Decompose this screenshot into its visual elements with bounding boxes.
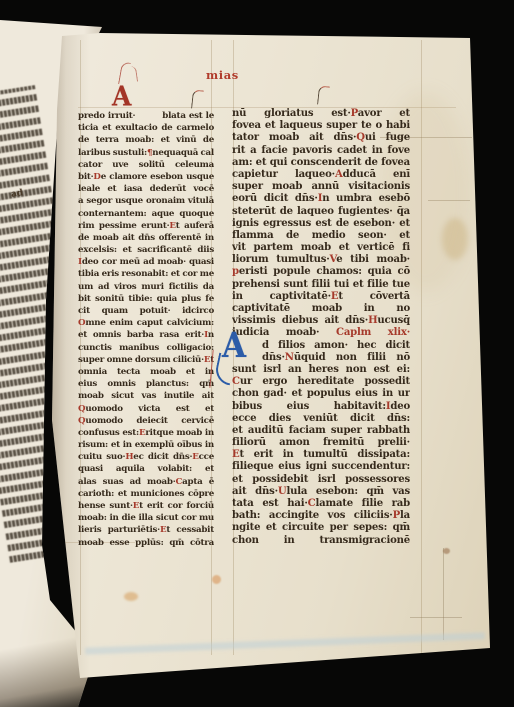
text-line: moab esse pplūs: qm̄ cōtra dn̄m — [78, 537, 214, 549]
text-line: liorum tumultus·Ve tibi moab· — [232, 254, 410, 266]
text-segment: ait dn̄s· — [232, 486, 278, 497]
text-line: steterūt de laqueo fugientes· q̄a — [232, 206, 410, 218]
text-line: alas suas ad moab·Capta ē — [78, 476, 214, 488]
text-segment: cit quam potuit· idcirco perierūt· — [78, 306, 214, 317]
text-line: d filios amon· hec dicit — [232, 340, 410, 352]
text-segment: ūquid non filii nō — [294, 352, 410, 363]
text-segment: ui fuge — [365, 132, 410, 143]
text-line: de terra moab: et vinū de torcu — [78, 134, 214, 146]
text-segment: ec dicit dn̄s· — [133, 452, 192, 462]
text-line: eius omnis planctus: qm̄ cōtrivi — [78, 378, 214, 390]
text-segment: dn̄s· — [262, 352, 285, 363]
text-line: cit quam potuit· idcirco perierūt· — [78, 305, 214, 317]
text-segment: Q — [356, 132, 365, 143]
text-segment: la — [400, 510, 410, 521]
text-segment: bit sonitū tibie: quia plus fe — [78, 294, 214, 304]
text-segment: nū gloriatus est· — [232, 108, 351, 119]
text-segment: moab sicut vas inutile ait dn̄s· — [78, 391, 214, 402]
text-line: flamma de medio seon· et devora — [232, 230, 410, 242]
text-line: omnia tecta moab et in plateis — [78, 366, 214, 378]
text-segment: lamate filie rab — [315, 498, 410, 509]
text-line: tata est hai·Clamate filie rab — [232, 498, 410, 510]
text-line: nū gloriatus est·Pavor et — [232, 108, 410, 120]
running-title: mias — [206, 68, 239, 82]
text-segment: N — [285, 352, 294, 363]
text-line: tibia eris resonabit: et cor me — [78, 268, 214, 280]
text-line: carioth: et municiones cōpre — [78, 488, 214, 500]
text-segment: ignis egressus est de esebon· et — [232, 218, 410, 229]
stain — [212, 575, 221, 584]
text-line: chon in transmigracionē ducetur; — [232, 535, 410, 547]
text-segment: P — [393, 510, 400, 521]
penwork-flourish — [129, 66, 138, 83]
text-segment: predo irruit· — [78, 111, 135, 121]
parchment-crease — [410, 617, 462, 618]
text-segment: bit· — [78, 172, 93, 182]
text-segment: eristi popule chamos: quia cō — [239, 266, 410, 277]
text-line: bit·De clamore esebon usque e — [78, 171, 214, 183]
text-line: et possidebit isrl̄ possessores suos — [232, 474, 410, 486]
text-segment: D — [93, 172, 100, 182]
text-line: lieris parturiētis·Et cessabit — [78, 524, 214, 536]
text-segment: ngite et circuite per sepes: qm̄ mel — [232, 522, 410, 534]
text-segment: A — [335, 169, 343, 180]
text-segment: vissimis diebus ait dn̄s· — [232, 315, 368, 326]
text-segment: super moab annū visitacionis — [232, 181, 410, 192]
text-segment: n umbra esebō — [322, 193, 410, 204]
text-segment: et auditū faciam super rabbath — [232, 425, 410, 436]
ascender-flourish — [317, 85, 330, 105]
text-segment: dducā enī — [343, 169, 410, 180]
text-line: chon gad· et populus eius in ur — [232, 388, 410, 400]
text-line: rim pessime erunt·Et auferā — [78, 220, 214, 232]
text-segment: P — [351, 108, 358, 119]
text-segment: d filios amon· hec dicit — [262, 340, 410, 351]
text-line: et omnis barba rasa erit·In — [78, 329, 214, 341]
text-segment: captivitatē moab in no — [232, 303, 410, 314]
text-segment: rim pessime erunt· — [78, 221, 169, 231]
text-segment: filiorū amon fremitū prelii· — [232, 437, 410, 448]
text-segment: chon gad· et populus eius in ur — [232, 388, 410, 399]
text-line: eorū dicit dn̄s·In umbra esebō — [232, 193, 410, 205]
text-segment: t cōvertā — [338, 291, 410, 302]
text-segment: deo — [390, 401, 410, 412]
text-line: confusus est:Eritque moab in de — [78, 427, 214, 439]
text-segment: cator uve solitū celeuma canta — [78, 160, 214, 171]
text-segment: tata est hai· — [232, 498, 308, 509]
text-line: sunt isrl̄ an heres non est ei: — [232, 364, 410, 376]
text-segment: ecce dies veniūt dicit dn̄s: — [232, 413, 410, 424]
text-segment: liorum tumultus· — [232, 254, 330, 265]
photo-black-background: ad mias predo irruit·blata est leticia e… — [0, 0, 514, 707]
text-segment: conternantem: aque quoque nem — [78, 209, 214, 220]
text-line: ignis egressus est de esebon· et — [232, 218, 410, 230]
text-segment: E — [232, 449, 240, 460]
text-segment: risum: et in exemplū oībus in cir — [78, 440, 214, 451]
text-line: prehensi sunt filii tui et filie tue — [232, 279, 410, 291]
text-segment: hense sunt· — [78, 501, 133, 511]
text-line: Et erit in tumultū dissipata: — [232, 449, 410, 461]
text-line: Quomodo victa est et ululaverūt: — [78, 403, 214, 415]
stain — [124, 592, 138, 601]
text-segment: et possidebit isrl̄ possessores suos — [232, 474, 410, 486]
text-segment: de moab ait dn̄s offerentē in — [78, 233, 214, 243]
text-segment: am: et qui conscenderit de fovea — [232, 157, 410, 168]
text-segment: fovea et laqueus super te o habi — [232, 120, 410, 131]
stain — [443, 548, 450, 554]
text-segment: de terra moab: et vinū de torcu — [78, 135, 214, 146]
text-segment: chon in transmigracionē ducetur; — [232, 535, 410, 547]
initial-gap — [135, 117, 162, 118]
text-segment: iudicia moab· — [232, 327, 336, 338]
text-segment: rit a facie pavoris cadet in fove — [232, 145, 410, 156]
text-segment: leale et iasa dederūt vocē suā: — [78, 184, 214, 195]
ascender-flourish — [191, 89, 204, 109]
page-edge-reflection — [85, 632, 485, 654]
text-segment: eius omnis planctus: qm̄ cōtrivi — [78, 379, 214, 390]
text-line: de moab ait dn̄s offerentē in — [78, 232, 214, 244]
text-line: moab sicut vas inutile ait dn̄s· — [78, 390, 214, 402]
text-column-left: predo irruit·blata est leticia et exulta… — [78, 110, 214, 549]
text-line: capietur laqueo·Adducā enī — [232, 169, 410, 181]
text-segment: Caplm xlix· — [336, 327, 410, 338]
chapter-initial-red: A — [112, 81, 131, 112]
text-segment: uomodo deiecit cervicē moab et — [78, 416, 214, 427]
text-segment: carioth: et municiones cōpre — [78, 489, 214, 499]
text-line: fovea et laqueus super te o habi — [232, 120, 410, 132]
text-segment: um ad viros muri fictilis da — [78, 282, 214, 292]
text-line: bath: accingite vos ciliciis·Pla — [232, 510, 410, 522]
text-segment: moab esse pplūs: qm̄ cōtra dn̄m — [78, 538, 214, 549]
text-line: peristi popule chamos: quia cō — [232, 266, 410, 278]
parchment-crease — [443, 548, 444, 640]
text-segment: tibia eris resonabit: et cor me — [78, 269, 214, 279]
text-line: bit sonitū tibie: quia plus fe — [78, 293, 214, 305]
text-segment: prehensi sunt filii tui et filie tue — [232, 279, 410, 290]
text-line: cator uve solitū celeuma canta — [78, 159, 214, 171]
text-segment: excelsis: et sacrificantē diis ei꞉ — [78, 245, 214, 256]
text-line: iudicia moab· Caplm xlix· — [232, 327, 410, 339]
text-segment: t auferā — [176, 221, 214, 231]
text-line: excelsis: et sacrificantē diis ei꞉ — [78, 244, 214, 256]
text-segment: eorū dicit dn̄s· — [232, 193, 318, 204]
text-segment: p — [232, 266, 239, 277]
text-line: moab: in die illa sicut cor mu — [78, 512, 214, 524]
text-line: conternantem: aque quoque nem — [78, 208, 214, 220]
text-line: quasi aquila volabit: et extendet — [78, 463, 214, 475]
text-line: filieque eius igni succendentur: — [232, 461, 410, 473]
text-segment: flamma de medio seon· et devora — [232, 230, 410, 242]
text-segment: cunctis manibus colligacio: et — [78, 343, 214, 354]
text-column-right: nū gloriatus est·Pavor etfovea et laqueu… — [232, 108, 410, 547]
text-segment: nequaquā cal — [152, 148, 214, 158]
text-segment: tator moab ait dn̄s· — [232, 132, 356, 143]
text-line: um ad viros muri fictilis da — [78, 281, 214, 293]
text-segment: laribus sustuli: — [78, 148, 147, 158]
text-segment: a segor usque oronaim vitulā — [78, 196, 214, 206]
text-segment: cce — [199, 452, 214, 462]
text-segment: ur ergo hereditate possedit mel — [232, 376, 410, 388]
text-segment: ticia et exultacio de carmelo et — [78, 123, 214, 134]
text-segment: C — [232, 376, 240, 387]
text-line: rit a facie pavoris cadet in fove — [232, 145, 410, 157]
text-segment: confusus est: — [78, 428, 139, 438]
text-segment: omnia tecta moab et in plateis — [78, 367, 214, 378]
text-segment: U — [278, 486, 287, 497]
text-line: laribus sustuli:¶nequaquā cal — [78, 147, 214, 159]
text-line: ecce dies veniūt dicit dn̄s: — [232, 413, 410, 425]
text-segment: e tibi moab· — [336, 254, 410, 265]
text-segment: bath: accingite vos ciliciis· — [232, 510, 393, 521]
text-segment: filieque eius igni succendentur: — [232, 461, 410, 472]
marginal-annotation: ad — [10, 188, 23, 200]
text-segment: in captivitatē· — [232, 291, 331, 302]
text-segment: capietur laqueo· — [232, 169, 335, 180]
text-line: vit partem moab et verticē fi — [232, 242, 410, 254]
text-line: captivitatē moab in no — [232, 303, 410, 315]
text-line: tator moab ait dn̄s·Qui fuge — [232, 132, 410, 144]
text-line: et auditū faciam super rabbath — [232, 425, 410, 437]
text-line: ticia et exultacio de carmelo et — [78, 122, 214, 134]
text-segment: ucusq̄ — [377, 315, 410, 326]
text-segment: blata est le — [162, 111, 214, 121]
text-segment: moab: in die illa sicut cor mu — [78, 513, 214, 523]
text-line: Cur ergo hereditate possedit mel — [232, 376, 410, 388]
text-line: bibus eius habitavit:Ideo — [232, 401, 410, 413]
text-line: Quomodo deiecit cervicē moab et — [78, 415, 214, 427]
text-segment: mne enim caput calvicium: — [85, 318, 214, 328]
text-segment: deo cor meū ad moab· quasi — [82, 257, 214, 267]
text-line: filiorū amon fremitū prelii· — [232, 437, 410, 449]
text-line: Ideo cor meū ad moab· quasi — [78, 256, 214, 268]
text-segment: n — [208, 330, 214, 340]
text-line: predo irruit·blata est le — [78, 110, 214, 122]
text-segment: t erit in tumultū dissipata: — [240, 449, 411, 460]
text-segment: vit partem moab et verticē fi — [232, 242, 410, 253]
text-segment: super omne dorsum ciliciū· — [78, 355, 204, 365]
text-segment: steterūt de laqueo fugientes· q̄a — [232, 206, 410, 217]
text-line: ngite et circuite per sepes: qm̄ mel — [232, 522, 410, 534]
text-segment: cuitu suo· — [78, 452, 125, 462]
text-segment: alas suas ad moab· — [78, 477, 175, 487]
text-segment: bibus eius habitavit: — [232, 401, 386, 412]
text-line: super omne dorsum ciliciū·Et sup — [78, 354, 214, 366]
text-segment: quasi aquila volabit: et extendet — [78, 464, 214, 475]
text-line: Omne enim caput calvicium: — [78, 317, 214, 329]
text-segment: avor et — [358, 108, 410, 119]
manuscript-page: mias predo irruit·blata est leticia et e… — [50, 32, 492, 682]
text-segment: lula esebon: qm̄ vas — [287, 486, 411, 497]
text-segment: et omnis barba rasa erit· — [78, 330, 204, 340]
text-line: ait dn̄s·Ulula esebon: qm̄ vas — [232, 486, 410, 498]
text-line: a segor usque oronaim vitulā — [78, 195, 214, 207]
text-segment: uomodo victa est et ululaverūt: — [78, 404, 214, 415]
text-line: am: et qui conscenderit de fovea — [232, 157, 410, 169]
text-line: cuitu suo·Hec dicit dn̄s·Ecce — [78, 451, 214, 463]
text-line: cunctis manibus colligacio: et — [78, 342, 214, 354]
text-line: hense sunt·Et erit cor forciū — [78, 500, 214, 512]
text-line: dn̄s·Nūquid non filii nō — [232, 352, 410, 364]
text-line: in captivitatē·Et cōvertā — [232, 291, 410, 303]
text-line: leale et iasa dederūt vocē suā: — [78, 183, 214, 195]
text-segment: t cessabit — [166, 525, 214, 535]
text-line: risum: et in exemplū oībus in cir — [78, 439, 214, 451]
text-segment: lieris parturiētis· — [78, 525, 160, 535]
text-segment: t erit cor forciū — [139, 501, 214, 511]
text-segment: apta ē — [182, 477, 214, 487]
text-segment: sunt isrl̄ an heres non est ei: — [232, 364, 410, 375]
text-line: vissimis diebus ait dn̄s·Hucusq̄ — [232, 315, 410, 327]
text-line: super moab annū visitacionis — [232, 181, 410, 193]
